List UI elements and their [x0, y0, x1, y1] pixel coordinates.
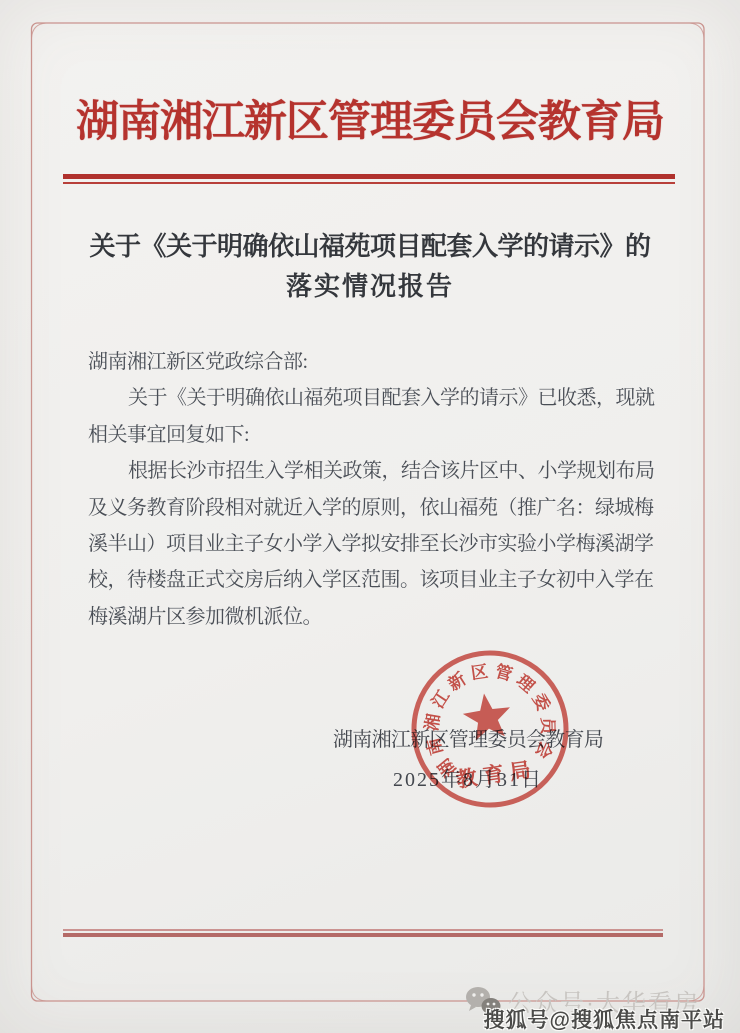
star-icon — [460, 690, 513, 741]
body-line: 根据长沙市招生入学相关政策，结合该片区中、小学规划布局 — [88, 453, 680, 489]
body-line: 关于《关于明确依山福苑项目配套入学的请示》已收悉，现就 — [88, 380, 680, 416]
document-body: 湖南湘江新区党政综合部: 关于《关于明确依山福苑项目配套入学的请示》已收悉，现就… — [88, 344, 680, 635]
end-divider-thin — [63, 929, 663, 931]
document-title: 关于《关于明确依山福苑项目配套入学的请示》的 落实情况报告 — [0, 227, 740, 307]
document-title-line2: 落实情况报告 — [0, 267, 740, 307]
body-line: 溪半山）项目业主子女小学入学拟安排至长沙市实验小学梅溪湖学 — [88, 526, 680, 562]
end-divider-thick — [63, 933, 663, 937]
sohu-watermark: 搜狐号@搜狐焦点南平站 — [484, 1004, 725, 1033]
letterhead-divider-thin — [63, 182, 675, 184]
body-line-recipient: 湖南湘江新区党政综合部: — [88, 344, 680, 380]
letterhead-divider-thick — [63, 174, 675, 179]
body-line: 及义务教育阶段相对就近入学的原则，依山福苑（推广名：绿城梅 — [88, 490, 680, 526]
official-seal: 湖南湘江新区管理委员会 教育局 — [405, 644, 575, 814]
document-title-line1: 关于《关于明确依山福苑项目配套入学的请示》的 — [0, 227, 740, 267]
document-page: 湖南湘江新区管理委员会教育局 关于《关于明确依山福苑项目配套入学的请示》的 落实… — [0, 0, 740, 1033]
letterhead-title: 湖南湘江新区管理委员会教育局 — [0, 90, 740, 156]
document-end-divider — [63, 929, 663, 937]
letterhead-divider — [63, 174, 675, 184]
seal-bottom-text: 教育局 — [455, 757, 539, 792]
body-line: 梅溪湖片区参加微机派位。 — [88, 599, 680, 635]
body-line: 校，待楼盘正式交房后纳入学区范围。该项目业主子女初中入学在 — [88, 562, 680, 598]
body-line: 相关事宜回复如下: — [88, 417, 680, 453]
